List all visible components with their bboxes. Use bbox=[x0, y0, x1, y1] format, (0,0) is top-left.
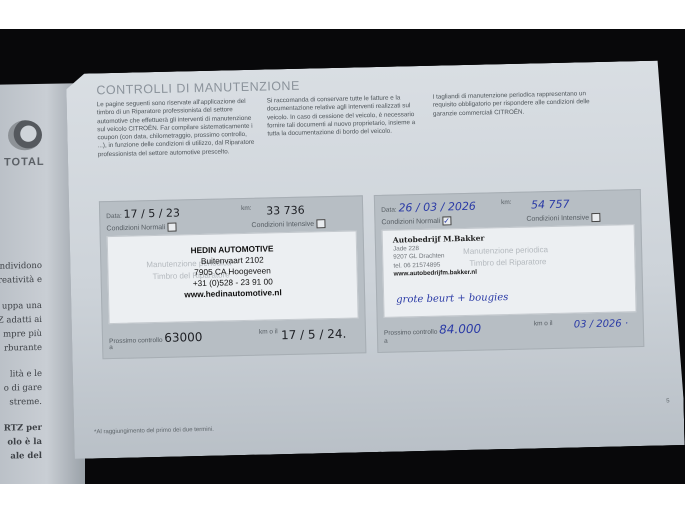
km-value: 33 736 bbox=[266, 204, 305, 218]
km-or-label: km o il bbox=[259, 328, 278, 335]
records-text: Si raccomanda di conservare tutte le fat… bbox=[267, 94, 418, 139]
intensive-label: Condizioni Intensive bbox=[526, 215, 589, 223]
left-page-line bbox=[0, 355, 42, 368]
left-page-line bbox=[0, 287, 42, 300]
maintenance-page: CONTROLLI DI MANUTENZIONE Le pagine segu… bbox=[66, 60, 685, 459]
left-page-line: ale del bbox=[0, 449, 42, 464]
left-page-line: reatività e bbox=[0, 273, 42, 288]
left-page-line: mpre più bbox=[0, 327, 42, 342]
warranty-text: I tagliandi di manutenzione periodica ra… bbox=[433, 90, 604, 119]
left-page-line: uppa una bbox=[0, 299, 42, 314]
page-title: CONTROLLI DI MANUTENZIONE bbox=[96, 79, 300, 98]
normal-label: Condizioni Normali bbox=[106, 224, 165, 232]
date-label: Data: bbox=[381, 207, 397, 214]
dealer-stamp-area: Manutenzione periodica Timbro del Ripara… bbox=[107, 230, 359, 324]
total-logo-icon bbox=[8, 120, 42, 151]
booklet-photo: TOTAL ondividonoreatività euppa unaZ ada… bbox=[0, 29, 685, 484]
km-label: km: bbox=[501, 199, 512, 206]
page-number: 5 bbox=[666, 398, 669, 404]
dealer-stamp-area: Manutenzione periodica Timbro del Ripara… bbox=[382, 224, 637, 318]
normal-checkbox[interactable] bbox=[167, 223, 176, 232]
left-page-line: ondividono bbox=[0, 259, 42, 274]
left-page-line: RTZ per bbox=[0, 421, 42, 436]
km-value: 54 757 bbox=[531, 198, 570, 212]
logo-text: TOTAL bbox=[4, 156, 45, 169]
maintenance-coupon-2: Data: 26 / 03 / 2026 km: 54 757 Condizio… bbox=[374, 189, 645, 353]
left-page-line: olo è la bbox=[0, 435, 42, 450]
intensive-label: Condizioni Intensive bbox=[251, 221, 314, 229]
left-page-line: lità e le bbox=[0, 367, 42, 382]
left-page-line bbox=[0, 409, 42, 422]
left-page-line: streme. bbox=[0, 395, 42, 410]
dealer-stamp: Autobedrijf M.Bakker Jade 228 9207 GL Dr… bbox=[393, 235, 486, 280]
left-page-text: ondividonoreatività euppa unaZ adatti ai… bbox=[0, 259, 42, 464]
date-label: Data: bbox=[106, 213, 122, 220]
left-page-line: rburante bbox=[0, 341, 42, 356]
normal-label: Condizioni Normali bbox=[381, 218, 440, 226]
intensive-checkbox[interactable] bbox=[591, 213, 600, 222]
normal-checkbox-checked[interactable]: ✓ bbox=[442, 216, 451, 225]
next-km-value: 84.000 bbox=[439, 322, 481, 337]
service-note: grote beurt + bougies bbox=[396, 292, 508, 306]
dealer-stamp: HEDIN AUTOMOTIVE Buitenvaart 2102 7905 C… bbox=[108, 241, 357, 302]
date-value: 17 / 5 / 23 bbox=[123, 206, 180, 220]
intro-text: Le pagine seguenti sono riservate all'ap… bbox=[97, 98, 258, 160]
km-or-label: km o il bbox=[534, 320, 553, 327]
maintenance-coupon-1: Data: 17 / 5 / 23 km: 33 736 Condizioni … bbox=[99, 195, 367, 359]
left-page-line: Z adatti ai bbox=[0, 313, 42, 328]
footnote: *Al raggiungimento del primo dei due ter… bbox=[94, 427, 214, 436]
intensive-checkbox[interactable] bbox=[316, 219, 325, 228]
next-date-value: 03 / 2026 · bbox=[574, 318, 629, 330]
km-label: km: bbox=[241, 205, 252, 212]
left-page-line: o di gare bbox=[0, 381, 42, 396]
next-check-label: Prossimo controllo bbox=[384, 329, 438, 337]
date-value: 26 / 03 / 2026 bbox=[398, 200, 476, 215]
